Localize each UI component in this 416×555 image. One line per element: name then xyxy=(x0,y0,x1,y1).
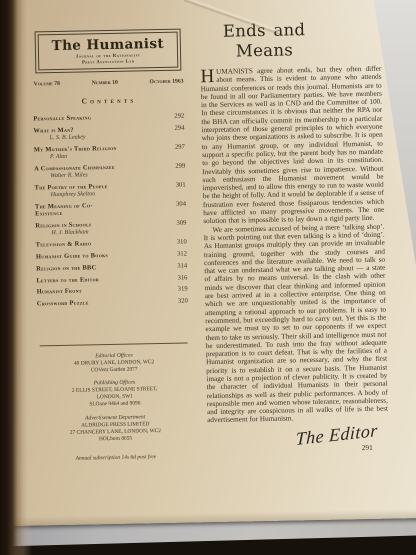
toc-item: Religion on the BBC314 xyxy=(36,262,188,273)
editorial-offices: Editorial Offices 40 DRURY LANE, LONDON,… xyxy=(38,351,190,375)
left-column: The Humanist Journal of the Rationalist … xyxy=(32,29,192,464)
toc-title: The Poetry of the People xyxy=(35,183,108,192)
toc-page-number: 292 xyxy=(174,113,185,121)
subscription-note: Annual subscription 14s 6d post free xyxy=(40,453,192,463)
toc-title: A Compassionate Chimpanzee xyxy=(34,164,115,173)
toc-page-number: 314 xyxy=(177,262,188,270)
toc-title: Humanist Front xyxy=(37,288,82,296)
toc-item: Personally Speaking292 xyxy=(33,113,185,124)
toc-item: The Poetry of the People301 Humphrey Ske… xyxy=(35,181,187,199)
toc-item: Letters to the Editor316 xyxy=(36,274,188,285)
toc-title: What is Man? xyxy=(33,127,73,135)
toc-author: Humphrey Skelton xyxy=(51,190,187,199)
toc-title: Personally Speaking xyxy=(33,115,91,124)
magazine-photo: The Humanist Journal of the Rationalist … xyxy=(0,0,416,555)
number-label: Number 10 xyxy=(92,80,118,87)
toc-title: Television & Radio xyxy=(36,241,92,250)
toc-title: My Mother's Third Religion xyxy=(34,145,117,154)
footer-divider xyxy=(40,342,188,346)
toc-item: The Meaning of Co-Existence304 xyxy=(35,200,187,218)
drop-cap: H xyxy=(200,68,216,84)
toc-author: L. S. B. Leakey xyxy=(50,133,186,142)
toc-author: H. J. Blackham xyxy=(51,228,187,237)
toc-title: Humanist Guide to Books xyxy=(36,252,108,261)
editorial-paragraph-1: HUMANISTS agree about ends, but they oft… xyxy=(200,65,384,226)
toc-page-number: 299 xyxy=(175,162,186,170)
toc-item: What is Man?294 L. S. B. Leakey xyxy=(33,124,185,142)
issue-info: Volume 78 Number 10 October 1963 xyxy=(34,79,184,88)
toc-page-number: 301 xyxy=(176,181,187,189)
toc-page-number: 320 xyxy=(178,298,189,306)
journal-subtitle-line2: Press Association Ltd xyxy=(41,58,175,66)
toc-page-number: 294 xyxy=(175,124,186,132)
advertisement-department: Advertisement Department ALDRIDGE PRESS … xyxy=(39,413,192,444)
toc-page-number: 304 xyxy=(176,200,187,208)
toc-page-number: 319 xyxy=(178,286,189,294)
editorial-title: Ends and Means xyxy=(199,19,381,63)
toc-item: Humanist Guide to Books312 xyxy=(36,250,188,261)
toc-item: My Mother's Third Religion297 P. Alan xyxy=(34,143,186,161)
toc-author: Walter R. Miles xyxy=(50,171,186,180)
paragraph-1-text: UMANISTS agree about ends, but they ofte… xyxy=(201,65,385,226)
toc-page-number: 297 xyxy=(175,143,186,151)
toc-item: A Compassionate Chimpanzee299 Walter R. … xyxy=(34,162,186,180)
toc-item: Crossword Puzzle320 xyxy=(37,298,189,309)
toc-item: Religion in Schools309 H. J. Blackham xyxy=(35,220,187,238)
toc-title: Religion on the BBC xyxy=(36,264,96,273)
magazine-page: The Humanist Journal of the Rationalist … xyxy=(1,0,416,526)
journal-subtitle: Journal of the Rationalist Press Associa… xyxy=(41,53,175,67)
volume-label: Volume 78 xyxy=(34,81,60,88)
date-label: October 1963 xyxy=(149,79,183,86)
table-of-contents: Personally Speaking292 What is Man?294 L… xyxy=(33,113,189,308)
publishing-offices: Publishing Offices 2 ELLIS STREET, SLOAN… xyxy=(38,379,191,410)
masthead: The Humanist Journal of the Rationalist … xyxy=(35,29,182,74)
contents-heading: Contents xyxy=(33,95,185,107)
toc-item: Humanist Front319 xyxy=(37,286,189,297)
editorial-body: HUMANISTS agree about ends, but they oft… xyxy=(200,65,388,425)
journal-title: The Humanist xyxy=(41,37,175,54)
editorial-paragraph-2: We are sometimes accused of being a mere… xyxy=(203,222,388,425)
toc-page-number: 309 xyxy=(176,220,187,228)
offices-block: Editorial Offices 40 DRURY LANE, LONDON,… xyxy=(38,351,192,463)
toc-title: Crossword Puzzle xyxy=(37,300,89,309)
toc-page-number: 316 xyxy=(177,274,188,282)
toc-item: Television & Radio310 xyxy=(36,239,188,250)
toc-page-number: 312 xyxy=(177,250,188,258)
toc-page-number: 310 xyxy=(177,239,188,247)
toc-title: Letters to the Editor xyxy=(36,276,99,285)
toc-title: The Meaning of Co-Existence xyxy=(35,202,107,219)
editorial-column: Ends and Means HUMANISTS agree about end… xyxy=(199,19,388,455)
